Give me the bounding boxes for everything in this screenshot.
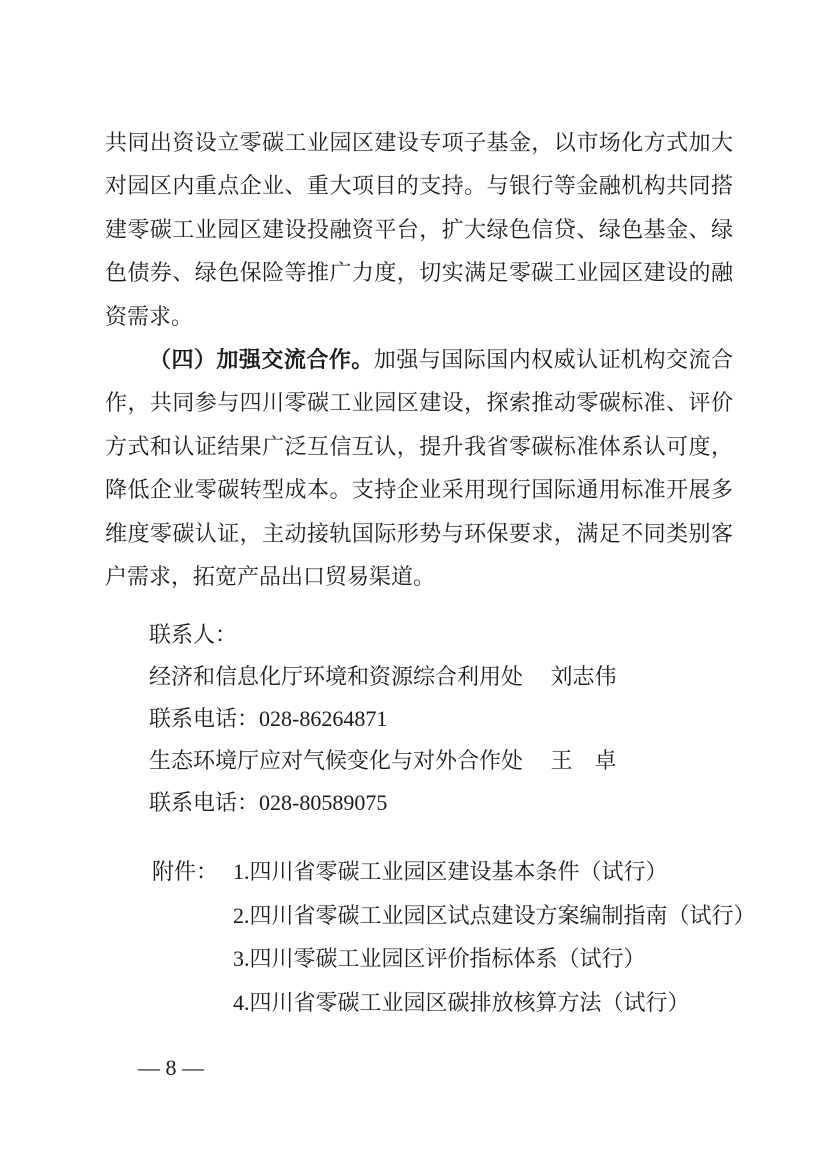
text-line: （四）加强交流合作。加强与国际国内权威认证机构交流合	[105, 338, 733, 381]
text-line: 色债券、绿色保险等推广力度，切实满足零碳工业园区建设的融	[105, 251, 733, 294]
attachments-label: 附件：	[152, 850, 218, 894]
page-number: — 8 —	[105, 1053, 733, 1083]
paragraph-continuation: 共同出资设立零碳工业园区建设专项子基金，以市场化方式加大 对园区内重点企业、重大…	[105, 121, 733, 338]
attachment-item-4: 4.四川省零碳工业园区碳排放核算方法（试行）	[233, 981, 756, 1025]
section-4-heading: （四）加强交流合作。	[149, 347, 374, 372]
text-line: 资需求。	[105, 295, 733, 338]
text-line: 户需求，拓宽产品出口贸易渠道。	[105, 555, 733, 598]
contact-person-label: 联系人：	[105, 614, 733, 656]
contact-dept-2: 生态环境厅应对气候变化与对外合作处 王 卓	[105, 740, 733, 782]
contact-phone-2: 联系电话：028-80589075	[105, 782, 733, 824]
contact-block: 联系人： 经济和信息化厅环境和资源综合利用处 刘志伟 联系电话：028-8626…	[105, 614, 733, 824]
text-line: 共同出资设立零碳工业园区建设专项子基金，以市场化方式加大	[105, 121, 733, 164]
attachment-item-2: 2.四川省零碳工业园区试点建设方案编制指南（试行）	[233, 894, 756, 938]
section-4-paragraph: （四）加强交流合作。加强与国际国内权威认证机构交流合 作，共同参与四川零碳工业园…	[105, 338, 733, 598]
attachment-item-3: 3.四川零碳工业园区评价指标体系（试行）	[233, 937, 756, 981]
section-4-first-line-text: 加强与国际国内权威认证机构交流合	[374, 347, 733, 372]
text-line: 对园区内重点企业、重大项目的支持。与银行等金融机构共同搭	[105, 164, 733, 207]
text-line: 降低企业零碳转型成本。支持企业采用现行国际通用标准开展多	[105, 468, 733, 511]
attachments-block: 附件： 1.四川省零碳工业园区建设基本条件（试行） 2.四川省零碳工业园区试点建…	[105, 850, 733, 1024]
text-line: 作，共同参与四川零碳工业园区建设，探索推动零碳标准、评价	[105, 381, 733, 424]
attachment-item-1: 1.四川省零碳工业园区建设基本条件（试行）	[233, 850, 756, 894]
contact-phone-1: 联系电话：028-86264871	[105, 698, 733, 740]
text-line: 建零碳工业园区建设投融资平台，扩大绿色信贷、绿色基金、绿	[105, 208, 733, 251]
text-line: 维度零碳认证，主动接轨国际形势与环保要求，满足不同类别客	[105, 512, 733, 555]
text-line: 方式和认证结果广泛互信互认，提升我省零碳标准体系认可度，	[105, 425, 733, 468]
document-page: 共同出资设立零碳工业园区建设专项子基金，以市场化方式加大 对园区内重点企业、重大…	[0, 0, 826, 1169]
contact-dept-1: 经济和信息化厅环境和资源综合利用处 刘志伟	[105, 656, 733, 698]
attachments-list: 1.四川省零碳工业园区建设基本条件（试行） 2.四川省零碳工业园区试点建设方案编…	[233, 850, 756, 1024]
